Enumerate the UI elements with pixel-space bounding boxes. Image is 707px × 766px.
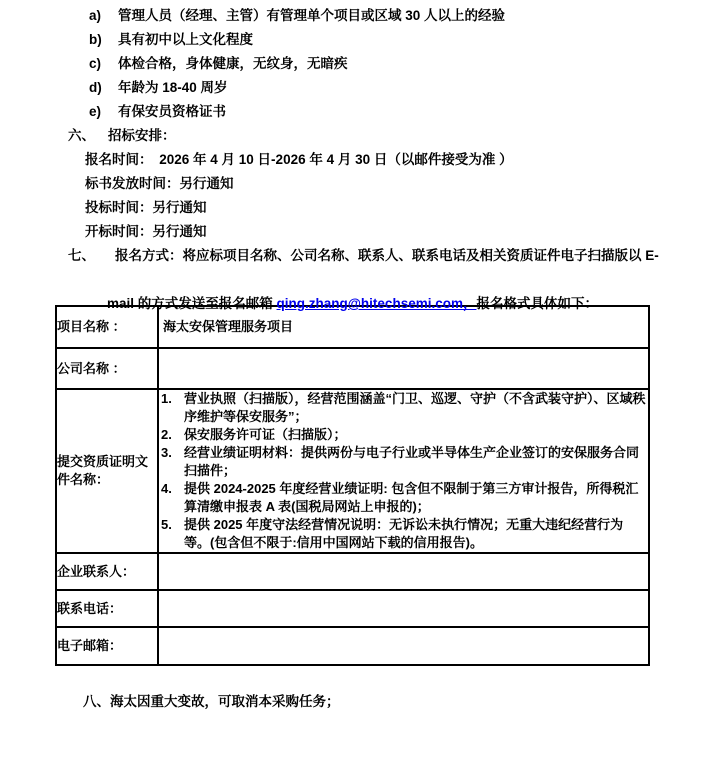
requirement-text: 管理人员（经理、主管）有管理单个项目或区域 30 人以上的经验 bbox=[118, 4, 505, 28]
section8-clause: 八、海太因重大变故，可取消本采购任务； bbox=[83, 690, 707, 714]
requirement-item-d: d) 年龄为 18-40 周岁 bbox=[0, 76, 707, 100]
section7-line2-suffix: 报名格式具体如下： bbox=[476, 296, 598, 311]
table-row-contact-person: 企业联系人： bbox=[56, 553, 649, 590]
item-number: 2. bbox=[159, 426, 184, 444]
contact-person-field[interactable] bbox=[158, 553, 649, 590]
table-row-qualifications: 提交资质证明文件名称： 1. 营业执照（扫描版），经营范围涵盖“门卫、巡逻、守护… bbox=[56, 389, 649, 553]
requirement-item-a: a) 管理人员（经理、主管）有管理单个项目或区域 30 人以上的经验 bbox=[0, 4, 707, 28]
table-row-phone: 联系电话： bbox=[56, 590, 649, 627]
qualification-item-1: 1. 营业执照（扫描版），经营范围涵盖“门卫、巡逻、守护（不含武装守护）、区域秩… bbox=[159, 390, 648, 426]
qualification-item-2: 2. 保安服务许可证（扫描版）； bbox=[159, 426, 648, 444]
qualification-item-3: 3. 经营业绩证明材料：提供两份与电子行业或半导体生产企业签订的安保服务合同扫描… bbox=[159, 444, 648, 480]
requirement-text: 有保安员资格证书 bbox=[118, 100, 226, 124]
registration-time-line: 报名时间： 2026 年 4 月 10 日-2026 年 4 月 30 日（以邮… bbox=[85, 148, 707, 172]
requirement-item-c: c) 体检合格，身体健康，无纹身，无暗疾 bbox=[0, 52, 707, 76]
section6-heading: 六、 招标安排： bbox=[0, 124, 707, 148]
contact-person-label: 企业联系人： bbox=[56, 553, 158, 590]
phone-field[interactable] bbox=[158, 590, 649, 627]
item-number: 1. bbox=[159, 390, 184, 426]
requirement-text: 年龄为 18-40 周岁 bbox=[118, 76, 228, 100]
registration-email-link[interactable]: qing.zhang@hitechsemi.com， bbox=[277, 296, 477, 311]
bid-opening-line: 开标时间：另行通知 bbox=[85, 220, 707, 244]
item-text: 保安服务许可证（扫描版）； bbox=[184, 426, 648, 444]
requirement-item-b: b) 具有初中以上文化程度 bbox=[0, 28, 707, 52]
item-number: 4. bbox=[159, 480, 184, 516]
document-page: a) 管理人员（经理、主管）有管理单个项目或区域 30 人以上的经验 b) 具有… bbox=[0, 0, 707, 714]
email-label: 电子邮箱： bbox=[56, 627, 158, 665]
bid-doc-release-line: 标书发放时间：另行通知 bbox=[85, 172, 707, 196]
section6-title: 招标安排： bbox=[108, 124, 176, 148]
section6-number: 六、 bbox=[68, 124, 108, 148]
item-text: 提供 2024-2025 年度经营业绩证明: 包含但不限制于第三方审计报告，所得… bbox=[184, 480, 648, 516]
requirement-text: 体检合格，身体健康，无纹身，无暗疾 bbox=[118, 52, 348, 76]
section7-line1: 报名方式：将应标项目名称、公司名称、联系人、联系电话及相关资质证件电子扫描版以 … bbox=[115, 244, 659, 268]
email-field[interactable] bbox=[158, 627, 649, 665]
section7-heading: 七、 报名方式：将应标项目名称、公司名称、联系人、联系电话及相关资质证件电子扫描… bbox=[0, 244, 707, 268]
requirement-text: 具有初中以上文化程度 bbox=[118, 28, 253, 52]
item-number: 3. bbox=[159, 444, 184, 480]
company-name-label: 公司名称 ： bbox=[56, 348, 158, 389]
list-marker: a) bbox=[89, 4, 118, 28]
item-text: 经营业绩证明材料：提供两份与电子行业或半导体生产企业签订的安保服务合同扫描件； bbox=[184, 444, 648, 480]
item-text: 营业执照（扫描版），经营范围涵盖“门卫、巡逻、守护（不含武装守护）、区域秩序维护… bbox=[184, 390, 648, 426]
section7-number: 七、 bbox=[68, 244, 115, 268]
section7-line2: mail 的方式发送至报名邮箱 qing.zhang@hitechsemi.co… bbox=[92, 268, 707, 292]
table-row-company: 公司名称 ： bbox=[56, 348, 649, 389]
qualification-docs-label: 提交资质证明文件名称： bbox=[56, 389, 158, 553]
section7-line2-prefix: mail 的方式发送至报名邮箱 bbox=[107, 296, 277, 311]
list-marker: d) bbox=[89, 76, 118, 100]
qualification-item-4: 4. 提供 2024-2025 年度经营业绩证明: 包含但不限制于第三方审计报告… bbox=[159, 480, 648, 516]
requirement-item-e: e) 有保安员资格证书 bbox=[0, 100, 707, 124]
qualification-docs-list: 1. 营业执照（扫描版），经营范围涵盖“门卫、巡逻、守护（不含武装守护）、区域秩… bbox=[158, 389, 649, 553]
item-text: 提供 2025 年度守法经营情况说明：无诉讼未执行情况；无重大违纪经营行为等。(… bbox=[184, 516, 648, 552]
list-marker: c) bbox=[89, 52, 118, 76]
phone-label: 联系电话： bbox=[56, 590, 158, 627]
bid-time-line: 投标时间：另行通知 bbox=[85, 196, 707, 220]
list-marker: b) bbox=[89, 28, 118, 52]
company-name-field[interactable] bbox=[158, 348, 649, 389]
list-marker: e) bbox=[89, 100, 118, 124]
table-row-email: 电子邮箱： bbox=[56, 627, 649, 665]
item-number: 5. bbox=[159, 516, 184, 552]
qualification-item-5: 5. 提供 2025 年度守法经营情况说明：无诉讼未执行情况；无重大违纪经营行为… bbox=[159, 516, 648, 552]
registration-form-table: 项目名称 ： 海太安保管理服务项目 公司名称 ： 提交资质证明文件名称： 1. … bbox=[55, 305, 650, 666]
